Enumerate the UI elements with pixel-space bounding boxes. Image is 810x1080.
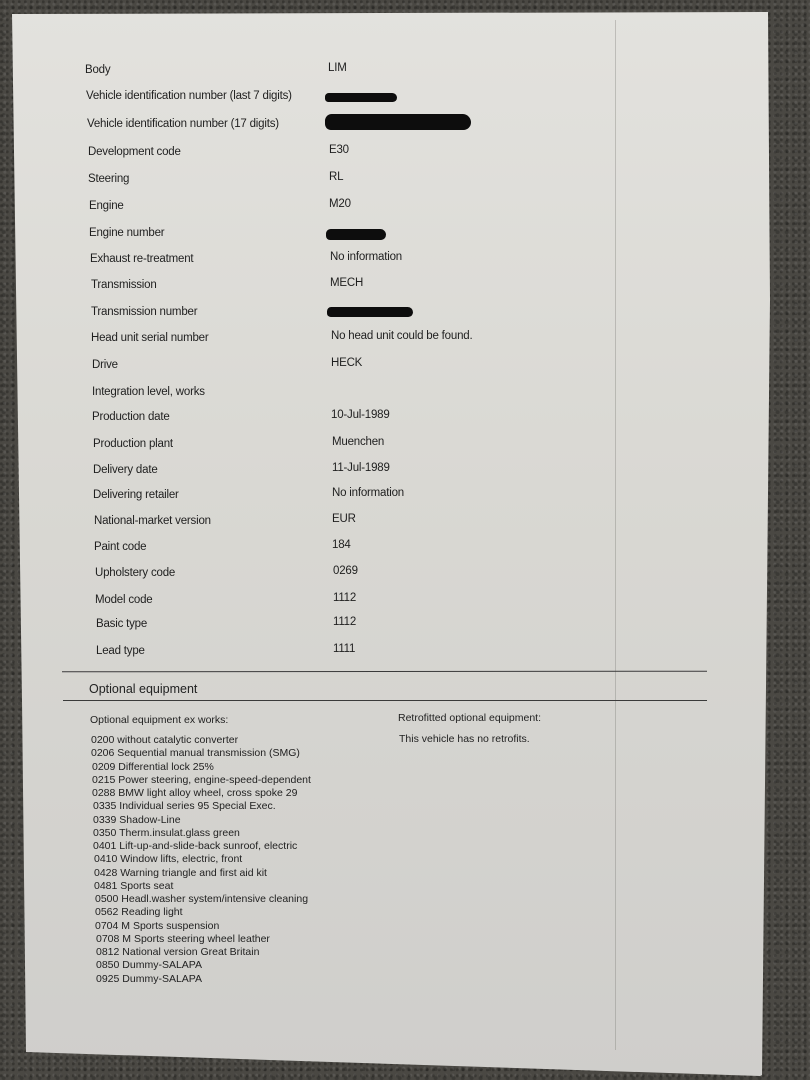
field-label: National-market version	[94, 515, 211, 527]
equipment-item: 0350 Therm.insulat.glass green	[93, 827, 240, 840]
field-label: Upholstery code	[95, 567, 175, 579]
equipment-item: 0812 National version Great Britain	[96, 946, 259, 959]
field-value: M20	[329, 198, 351, 210]
field-label: Basic type	[96, 618, 147, 630]
equipment-item: 0209 Differential lock 25%	[92, 761, 214, 774]
field-value: 1111	[333, 643, 355, 655]
field-value: EUR	[332, 513, 356, 525]
field-label: Engine number	[89, 227, 164, 239]
field-label: Delivery date	[93, 464, 158, 476]
equipment-item: 0428 Warning triangle and first aid kit	[94, 867, 267, 880]
field-label: Integration level, works	[92, 386, 205, 398]
field-label: Model code	[95, 594, 152, 606]
field-label: Development code	[88, 146, 181, 158]
redacted-value	[325, 114, 471, 130]
equipment-item: 0200 without catalytic converter	[91, 734, 238, 747]
field-label: Drive	[92, 359, 118, 371]
field-value: Muenchen	[332, 436, 384, 448]
field-label: Lead type	[96, 645, 145, 657]
field-value: RL	[329, 171, 343, 183]
field-value: MECH	[330, 277, 363, 289]
paper-fold-line	[615, 20, 616, 1050]
equipment-item: 0850 Dummy-SALAPA	[96, 959, 202, 972]
equipment-item: 0704 M Sports suspension	[95, 920, 219, 933]
redacted-value	[326, 229, 386, 240]
field-value: 11-Jul-1989	[332, 462, 390, 474]
field-value: 0269	[333, 565, 358, 577]
field-value: 184	[332, 539, 351, 551]
field-label: Delivering retailer	[93, 489, 179, 501]
field-label: Body	[85, 64, 110, 76]
equipment-item: 0708 M Sports steering wheel leather	[96, 933, 270, 946]
equipment-item: 0335 Individual series 95 Special Exec.	[93, 800, 276, 813]
field-label: Transmission number	[91, 306, 197, 318]
section-rule-bottom	[63, 700, 707, 701]
ex-works-heading: Optional equipment ex works:	[90, 714, 228, 726]
field-label: Transmission	[91, 279, 157, 291]
field-value: No information	[330, 251, 402, 263]
field-label: Vehicle identification number (last 7 di…	[86, 90, 292, 102]
field-label: Vehicle identification number (17 digits…	[87, 118, 279, 130]
equipment-item: 0339 Shadow-Line	[93, 814, 181, 827]
field-value: 1112	[333, 592, 356, 604]
equipment-item: 0562 Reading light	[95, 906, 183, 919]
equipment-item: 0481 Sports seat	[94, 880, 173, 893]
equipment-item: 0925 Dummy-SALAPA	[96, 973, 202, 986]
field-value: No head unit could be found.	[331, 330, 472, 342]
field-value: No information	[332, 487, 404, 499]
field-label: Engine	[89, 200, 124, 212]
redacted-value	[327, 307, 413, 317]
field-label: Head unit serial number	[91, 332, 209, 344]
optional-equipment-title: Optional equipment	[89, 682, 197, 696]
field-label: Production date	[92, 411, 170, 423]
equipment-item: 0410 Window lifts, electric, front	[94, 853, 242, 866]
field-label: Exhaust re-treatment	[90, 253, 193, 265]
field-value: HECK	[331, 357, 362, 369]
retrofitted-heading: Retrofitted optional equipment:	[398, 712, 541, 724]
field-value: 1112	[333, 616, 356, 628]
field-label: Paint code	[94, 541, 146, 553]
equipment-item: 0288 BMW light alloy wheel, cross spoke …	[92, 787, 297, 800]
field-value: LIM	[328, 62, 347, 74]
equipment-item: 0500 Headl.washer system/intensive clean…	[95, 893, 308, 906]
field-value: 10-Jul-1989	[331, 409, 390, 421]
field-label: Steering	[88, 173, 129, 185]
equipment-item: 0215 Power steering, engine-speed-depend…	[92, 774, 311, 787]
retrofitted-text: This vehicle has no retrofits.	[399, 733, 530, 745]
field-value: E30	[329, 144, 349, 156]
equipment-item: 0401 Lift-up-and-slide-back sunroof, ele…	[93, 840, 297, 853]
equipment-item: 0206 Sequential manual transmission (SMG…	[91, 747, 300, 760]
field-label: Production plant	[93, 438, 173, 450]
redacted-value	[325, 93, 397, 102]
